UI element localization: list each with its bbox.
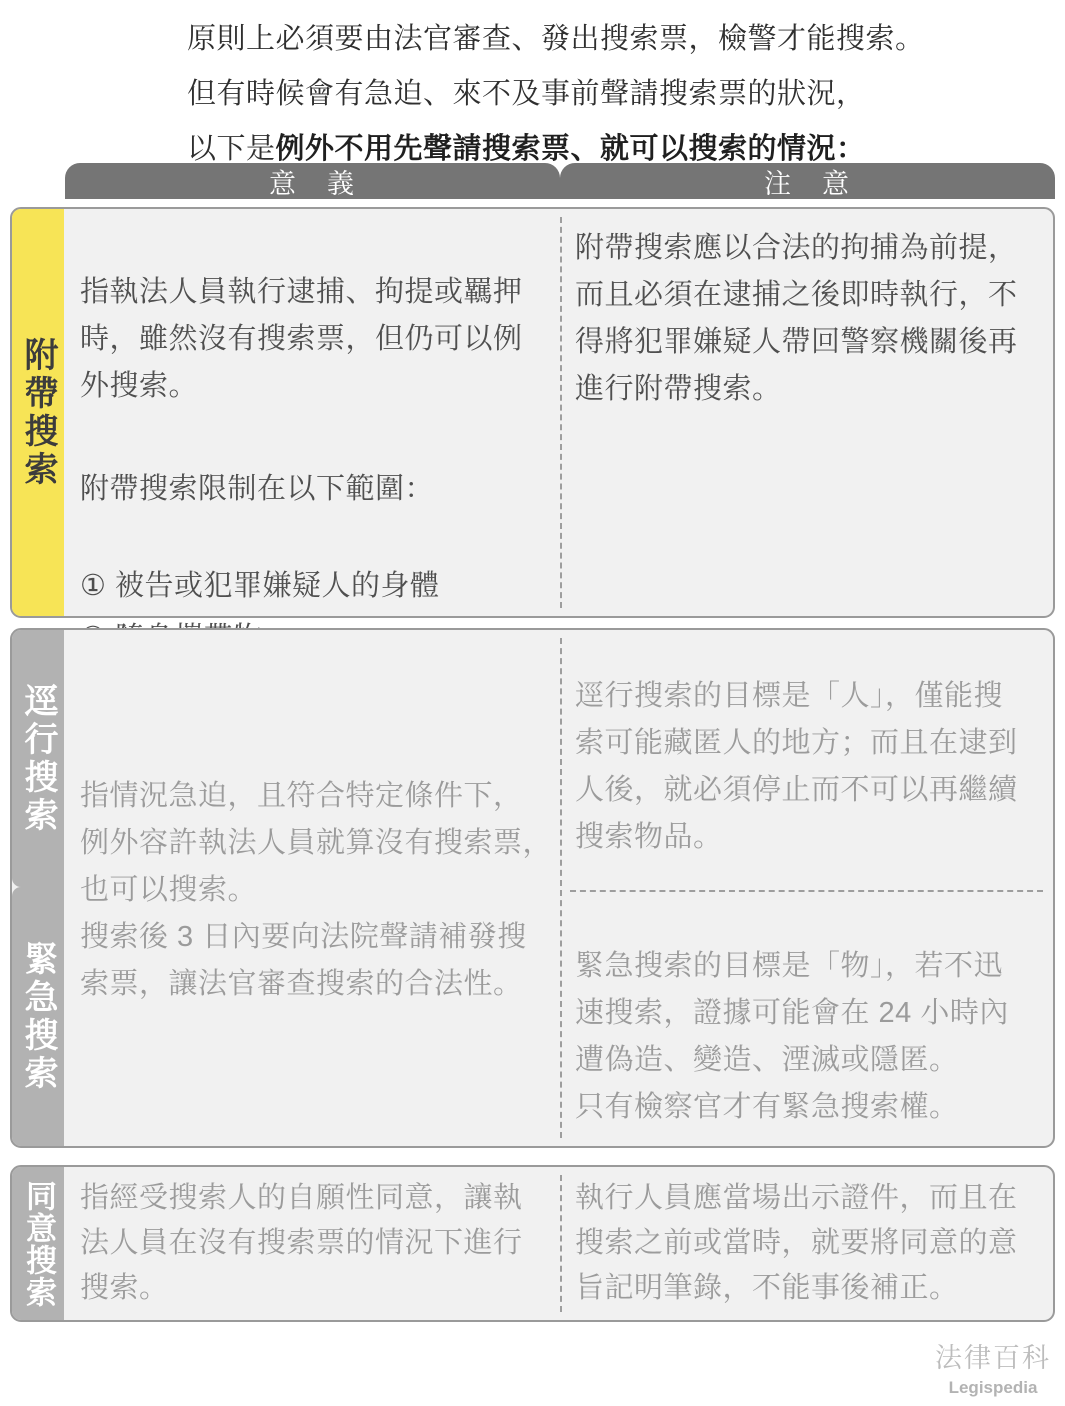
row-label-emergency-search: 緊急搜索: [12, 887, 64, 1146]
intro-line-3-emphasis: 例外不用先聲請搜索票、就可以搜索的情況：: [276, 133, 866, 165]
note-divider-dashed: [570, 890, 1043, 892]
intro-line-2: 但有時候會有急迫、來不及事前聲請搜索票的狀況，: [187, 67, 925, 122]
brand-name-chinese: 法律百科: [935, 1336, 1051, 1375]
intro-text: 原則上必須要由法官審查、發出搜索票，檢警才能搜索。 但有時候會有急迫、來不及事前…: [187, 12, 925, 177]
incidental-scope-title: 附帶搜索限制在以下範圍：: [80, 466, 562, 513]
cell-exigent-note: 逕行搜索的目標是「人」，僅能搜 索可能藏匿人的地方；而且在逮到 人後，就必須停止…: [575, 673, 1053, 861]
section-exigent-emergency-search: 逕行搜索 緊急搜索 指情況急迫，且符合特定條件下， 例外容許執法人員就算沒有搜索…: [10, 628, 1055, 1148]
row-label-consent-search-text: 同意搜索: [12, 1180, 64, 1308]
brand-footer: 法律百科 Legispedia: [935, 1336, 1051, 1398]
column-header-note: 注 意: [560, 163, 1055, 199]
section-consent-search: 同意搜索 指經受搜索人的自願性同意，讓執 法人員在沒有搜索票的情況下進行 搜索。…: [10, 1165, 1055, 1322]
row-label-exigent-search: 逕行搜索: [12, 630, 64, 887]
row-label-consent-search: 同意搜索: [12, 1167, 64, 1320]
cell-consent-meaning: 指經受搜索人的自願性同意，讓執 法人員在沒有搜索票的情況下進行 搜索。: [80, 1176, 562, 1311]
row-label-exigent-search-text: 逕行搜索: [12, 683, 64, 835]
intro-line-3-prefix: 以下是: [187, 133, 276, 165]
section-incidental-search: 附帶搜索 指執法人員執行逮捕、拘提或羈押 時，雖然沒有搜索票，但仍可以例 外搜索…: [10, 207, 1055, 618]
row-label-emergency-search-text: 緊急搜索: [12, 941, 64, 1093]
brand-name-english: Legispedia: [935, 1378, 1051, 1398]
cell-consent-note: 執行人員應當場出示證件，而且在 搜索之前或當時，就要將同意的意 旨記明筆錄，不能…: [575, 1176, 1053, 1311]
row-label-incidental-search-text: 附帶搜索: [12, 337, 64, 489]
cell-exigent-emergency-meaning: 指情況急迫，且符合特定條件下， 例外容許執法人員就算沒有搜索票， 也可以搜索。 …: [80, 773, 568, 1008]
intro-line-1: 原則上必須要由法官審查、發出搜索票，檢警才能搜索。: [187, 12, 925, 67]
incidental-meaning-intro: 指執法人員執行逮捕、拘提或羈押 時，雖然沒有搜索票，但仍可以例 外搜索。: [80, 269, 562, 410]
row-label-incidental-search: 附帶搜索: [12, 209, 64, 616]
cell-emergency-note: 緊急搜索的目標是「物」，若不迅 速搜索，證據可能會在 24 小時內 遭偽造、變造…: [575, 943, 1053, 1131]
column-header-meaning: 意 義: [65, 163, 560, 199]
cell-incidental-note: 附帶搜索應以合法的拘捕為前提， 而且必須在逮捕之後即時執行，不 得將犯罪嫌疑人帶…: [575, 225, 1053, 413]
